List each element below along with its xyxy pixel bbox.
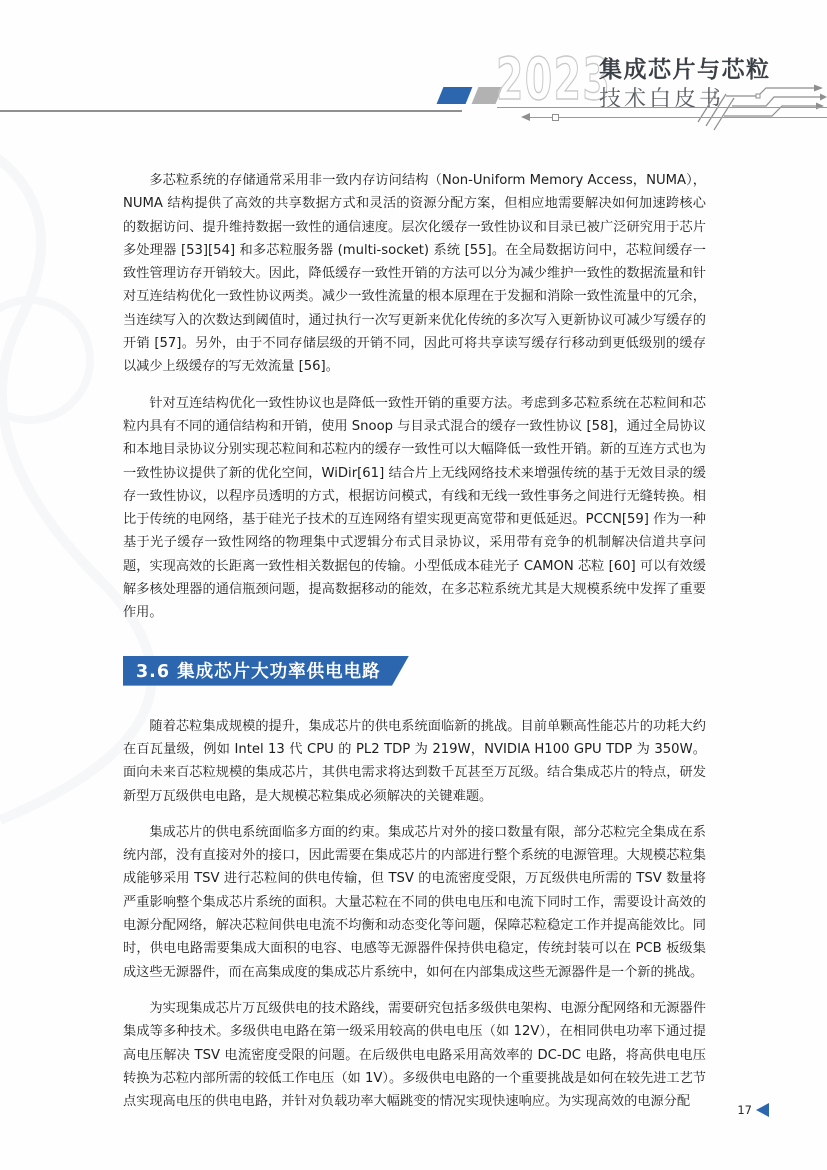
header-rule-right xyxy=(497,107,827,108)
paragraph-numa-coherence: 多芯粒系统的存储通常采用非一致内存访问结构（Non-Uniform Memory… xyxy=(123,169,706,379)
paragraph-power-challenge: 随着芯粒集成规模的提升，集成芯片的供电系统面临新的挑战。目前单颗高性能芯片的功耗… xyxy=(123,715,706,808)
arrow-left-icon xyxy=(521,113,530,121)
paragraph-interconnect-coherence: 针对互连结构优化一致性协议也是降低一致性开销的重要方法。考虑到多芯粒系统在芯粒间… xyxy=(123,392,706,625)
header-title-line1: 集成芯片与芯粒 xyxy=(599,55,771,85)
paragraph-power-constraints: 集成芯片的供电系统面临多方面的约束。集成芯片对外的接口数量有限，部分芯粒完全集成… xyxy=(123,821,706,984)
header-accent-parallelogram-blue xyxy=(437,87,473,104)
section-heading-banner: 3.6 集成芯片大功率供电电路 xyxy=(123,656,409,686)
header-year: 2023 xyxy=(496,50,611,108)
page-marker-triangle-icon xyxy=(756,1103,769,1117)
circuit-trace-icon xyxy=(696,82,827,137)
document-body: 多芯粒系统的存储通常采用非一致内存访问结构（Non-Uniform Memory… xyxy=(123,169,706,1126)
page-footer: 17 xyxy=(737,1103,769,1117)
page-number: 17 xyxy=(737,1103,752,1117)
whitepaper-page: 2023 集成芯片与芯粒 技术白皮书 xyxy=(0,0,827,1170)
header-subrule xyxy=(530,117,827,118)
paragraph-power-roadmap: 为实现集成芯片万瓦级供电的技术路线，需要研究包括多级供电架构、电源分配网络和无源… xyxy=(123,997,706,1113)
section-heading-text: 3.6 集成芯片大功率供电电路 xyxy=(136,658,381,683)
page-header: 2023 集成芯片与芯粒 技术白皮书 xyxy=(0,0,827,150)
node-square-icon xyxy=(552,114,559,121)
header-rule-left xyxy=(0,110,462,112)
